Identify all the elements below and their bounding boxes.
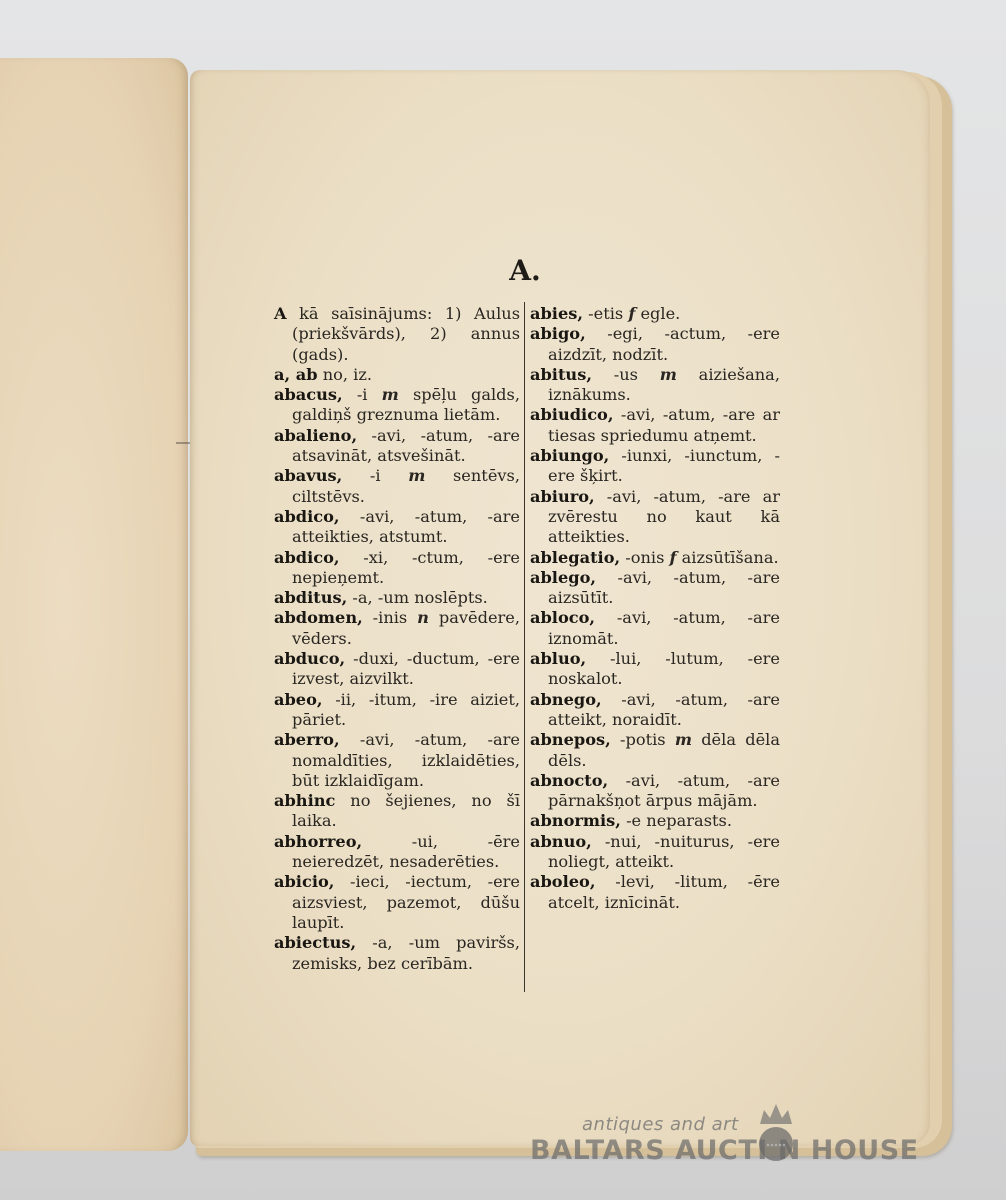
- entry-definition: kā saīsinājums: 1) Aulus (priekšvārds), …: [287, 304, 520, 364]
- entry-definition: atcelt, iznīcināt.: [548, 893, 680, 912]
- dictionary-column-right: abies, -etis f egle.abigo, -egi, -actum,…: [530, 304, 780, 913]
- dictionary-entry: a, ab no, iz.: [274, 365, 520, 385]
- entry-headword: abdico,: [274, 507, 340, 526]
- left-page: [0, 58, 188, 1151]
- dictionary-column-left: A kā saīsinājums: 1) Aulus (priekšvārds)…: [274, 304, 520, 974]
- dictionary-entry: abnocto, -avi, -atum, -are pārnakšņot ār…: [530, 771, 780, 812]
- entry-forms: -xi, -ctum, -ere: [340, 548, 520, 567]
- entry-forms: -onis: [620, 548, 669, 567]
- entry-headword: abditus,: [274, 588, 347, 607]
- dictionary-entry: abicio, -ieci, -iectum, -ere aizsviest, …: [274, 872, 520, 933]
- dictionary-entry: abiectus, -a, -um paviršs, zemisks, bez …: [274, 933, 520, 974]
- entry-headword: abies,: [530, 304, 583, 323]
- entry-gender: m: [675, 730, 692, 749]
- dictionary-entry: A kā saīsinājums: 1) Aulus (priekšvārds)…: [274, 304, 520, 365]
- dictionary-entry: abacus, -i m spēļu galds, galdiņš greznu…: [274, 385, 520, 426]
- entry-headword: abnego,: [530, 690, 602, 709]
- entry-forms: -egi, -actum, -ere: [586, 324, 780, 343]
- entry-forms: -avi, -atum, -are: [602, 690, 780, 709]
- dictionary-entry: abdico, -xi, -ctum, -ere nepieņemt.: [274, 548, 520, 589]
- entry-gender: n: [417, 608, 429, 627]
- dictionary-entry: abduco, -duxi, -ductum, -ere izvest, aiz…: [274, 649, 520, 690]
- entry-headword: abicio,: [274, 872, 334, 891]
- dictionary-entry: abitus, -us m aiziešana, iznākums.: [530, 365, 780, 406]
- dictionary-entry: ablegatio, -onis f aizsūtīšana.: [530, 548, 780, 568]
- entry-forms: -etis: [583, 304, 628, 323]
- entry-headword: abacus,: [274, 385, 343, 404]
- entry-forms: -avi, -atum, -are: [357, 426, 520, 445]
- entry-definition: neparasts.: [641, 811, 732, 830]
- dictionary-entry: abloco, -avi, -atum, -are iznomāt.: [530, 608, 780, 649]
- entry-forms: -avi, -atum, -are: [613, 405, 755, 424]
- entry-forms: -ieci, -iectum, -ere: [334, 872, 520, 891]
- entry-headword: abhorreo,: [274, 832, 362, 851]
- entry-definition: iznomāt.: [548, 629, 619, 648]
- entry-definition: egle.: [635, 304, 680, 323]
- entry-gender: f: [670, 548, 677, 567]
- dictionary-entry: abdico, -avi, -atum, -are atteikties, at…: [274, 507, 520, 548]
- entry-forms: -duxi, -ductum, -ere: [345, 649, 520, 668]
- entry-headword: abavus,: [274, 466, 342, 485]
- dictionary-entry: abigo, -egi, -actum, -ere aizdzīt, nodzī…: [530, 324, 780, 365]
- watermark-brand: BALTARS AUCTI N HOUSE: [530, 1135, 919, 1166]
- dictionary-entry: abiuro, -avi, -atum, -are ar zvērestu no…: [530, 487, 780, 548]
- entry-forms: -potis: [611, 730, 675, 749]
- entry-forms: -e: [621, 811, 641, 830]
- entry-definition: atteikties, atstumt.: [292, 527, 447, 546]
- crown-orb-icon: [756, 1102, 796, 1164]
- entry-headword: abitus,: [530, 365, 592, 384]
- entry-forms: -i: [342, 466, 408, 485]
- dictionary-entry: abnepos, -potis m dēla dēla dēls.: [530, 730, 780, 771]
- entry-headword: abdomen,: [274, 608, 363, 627]
- dictionary-entry: abavus, -i m sentēvs, ciltstēvs.: [274, 466, 520, 507]
- dictionary-entry: abdomen, -inis n pavēdere, vēders.: [274, 608, 520, 649]
- entry-headword: abloco,: [530, 608, 595, 627]
- entry-headword: abigo,: [530, 324, 586, 343]
- entry-headword: ablego,: [530, 568, 596, 587]
- dictionary-entry: abluo, -lui, -lutum, -ere noskalot.: [530, 649, 780, 690]
- dictionary-entry: ablego, -avi, -atum, -are aizsūtīt.: [530, 568, 780, 609]
- entry-forms: -inis: [363, 608, 417, 627]
- entry-definition: nepieņemt.: [292, 568, 384, 587]
- entry-headword: abeo,: [274, 690, 323, 709]
- entry-forms: -a, -um: [347, 588, 409, 607]
- entry-headword: aberro,: [274, 730, 340, 749]
- entry-forms: -lui, -lutum, -ere: [586, 649, 780, 668]
- entry-definition: noliegt, atteikt.: [548, 852, 674, 871]
- dictionary-entry: abnuo, -nui, -nuiturus, -ere noliegt, at…: [530, 832, 780, 873]
- entry-forms: -ii, -itum, -ire: [323, 690, 458, 709]
- entry-definition: šķirt.: [575, 466, 623, 485]
- entry-forms: -i: [343, 385, 382, 404]
- entry-headword: abduco,: [274, 649, 345, 668]
- entry-headword: abiectus,: [274, 933, 356, 952]
- dictionary-entry: abnego, -avi, -atum, -are atteikt, norai…: [530, 690, 780, 731]
- entry-headword: abiuro,: [530, 487, 595, 506]
- entry-definition: neieredzēt, nesaderēties.: [292, 852, 499, 871]
- entry-forms: -a, -um: [356, 933, 440, 952]
- entry-forms: -avi, -atum, -are: [596, 568, 780, 587]
- entry-definition: no, iz.: [318, 365, 372, 384]
- entry-headword: a, ab: [274, 365, 318, 384]
- entry-gender: m: [382, 385, 399, 404]
- dictionary-entry: abalieno, -avi, -atum, -are atsavināt, a…: [274, 426, 520, 467]
- entry-gender: m: [660, 365, 677, 384]
- entry-definition: nomaldīties, izklaidēties, būt izklaidīg…: [292, 751, 520, 790]
- entry-forms: -avi, -atum, -are: [608, 771, 780, 790]
- entry-headword: ablegatio,: [530, 548, 620, 567]
- dictionary-entry: aboleo, -levi, -litum, -ēre atcelt, iznī…: [530, 872, 780, 913]
- entry-headword: abdico,: [274, 548, 340, 567]
- entry-definition: aizdzīt, nodzīt.: [548, 345, 668, 364]
- entry-definition: noslēpts.: [409, 588, 488, 607]
- watermark-tagline: antiques and art: [582, 1114, 739, 1135]
- dictionary-entry: abhinc no šejienes, no šī laika.: [274, 791, 520, 832]
- entry-headword: abnuo,: [530, 832, 592, 851]
- entry-definition: atsavināt, atsvešināt.: [292, 446, 466, 465]
- column-divider: [524, 302, 525, 992]
- section-heading: A.: [500, 254, 550, 287]
- entry-forms: -avi, -atum, -are: [595, 487, 751, 506]
- entry-forms: -us: [592, 365, 660, 384]
- entry-headword: abiungo,: [530, 446, 609, 465]
- entry-headword: abnepos,: [530, 730, 611, 749]
- entry-definition: aizsviest, pazemot, dūšu laupīt.: [292, 893, 520, 932]
- entry-forms: -avi, -atum, -are: [340, 730, 520, 749]
- dictionary-entry: abhorreo, -ui, -ēre neieredzēt, nesaderē…: [274, 832, 520, 873]
- entry-forms: -avi, -atum, -are: [595, 608, 780, 627]
- entry-forms: -ui, -ēre: [362, 832, 520, 851]
- entry-definition: pārnakšņot ārpus mājām.: [548, 791, 758, 810]
- entry-gender: m: [408, 466, 425, 485]
- entry-forms: -levi, -litum, -ēre: [596, 872, 781, 891]
- entry-definition: aizsūtīt.: [548, 588, 613, 607]
- entry-definition: izvest, aizvilkt.: [292, 669, 414, 688]
- entry-headword: abluo,: [530, 649, 586, 668]
- dictionary-entry: abies, -etis f egle.: [530, 304, 780, 324]
- dictionary-entry: aberro, -avi, -atum, -are nomaldīties, i…: [274, 730, 520, 791]
- entry-headword: abnocto,: [530, 771, 608, 790]
- entry-definition: noskalot.: [548, 669, 623, 688]
- entry-headword: aboleo,: [530, 872, 596, 891]
- dictionary-entry: abnormis, -e neparasts.: [530, 811, 780, 831]
- dictionary-entry: abiungo, -iunxi, -iunctum, -ere šķirt.: [530, 446, 780, 487]
- entry-definition: atteikt, noraidīt.: [548, 710, 682, 729]
- entry-forms: -nui, -nuiturus, -ere: [592, 832, 780, 851]
- dictionary-entry: abditus, -a, -um noslēpts.: [274, 588, 520, 608]
- entry-headword: abnormis,: [530, 811, 621, 830]
- entry-forms: -avi, -atum, -are: [340, 507, 520, 526]
- entry-headword: abiudico,: [530, 405, 613, 424]
- dictionary-entry: abiudico, -avi, -atum, -are ar tiesas sp…: [530, 405, 780, 446]
- entry-headword: A: [274, 304, 287, 323]
- dictionary-entry: abeo, -ii, -itum, -ire aiziet, pāriet.: [274, 690, 520, 731]
- entry-headword: abhinc: [274, 791, 335, 810]
- entry-headword: abalieno,: [274, 426, 357, 445]
- entry-definition: aizsūtīšana.: [677, 548, 779, 567]
